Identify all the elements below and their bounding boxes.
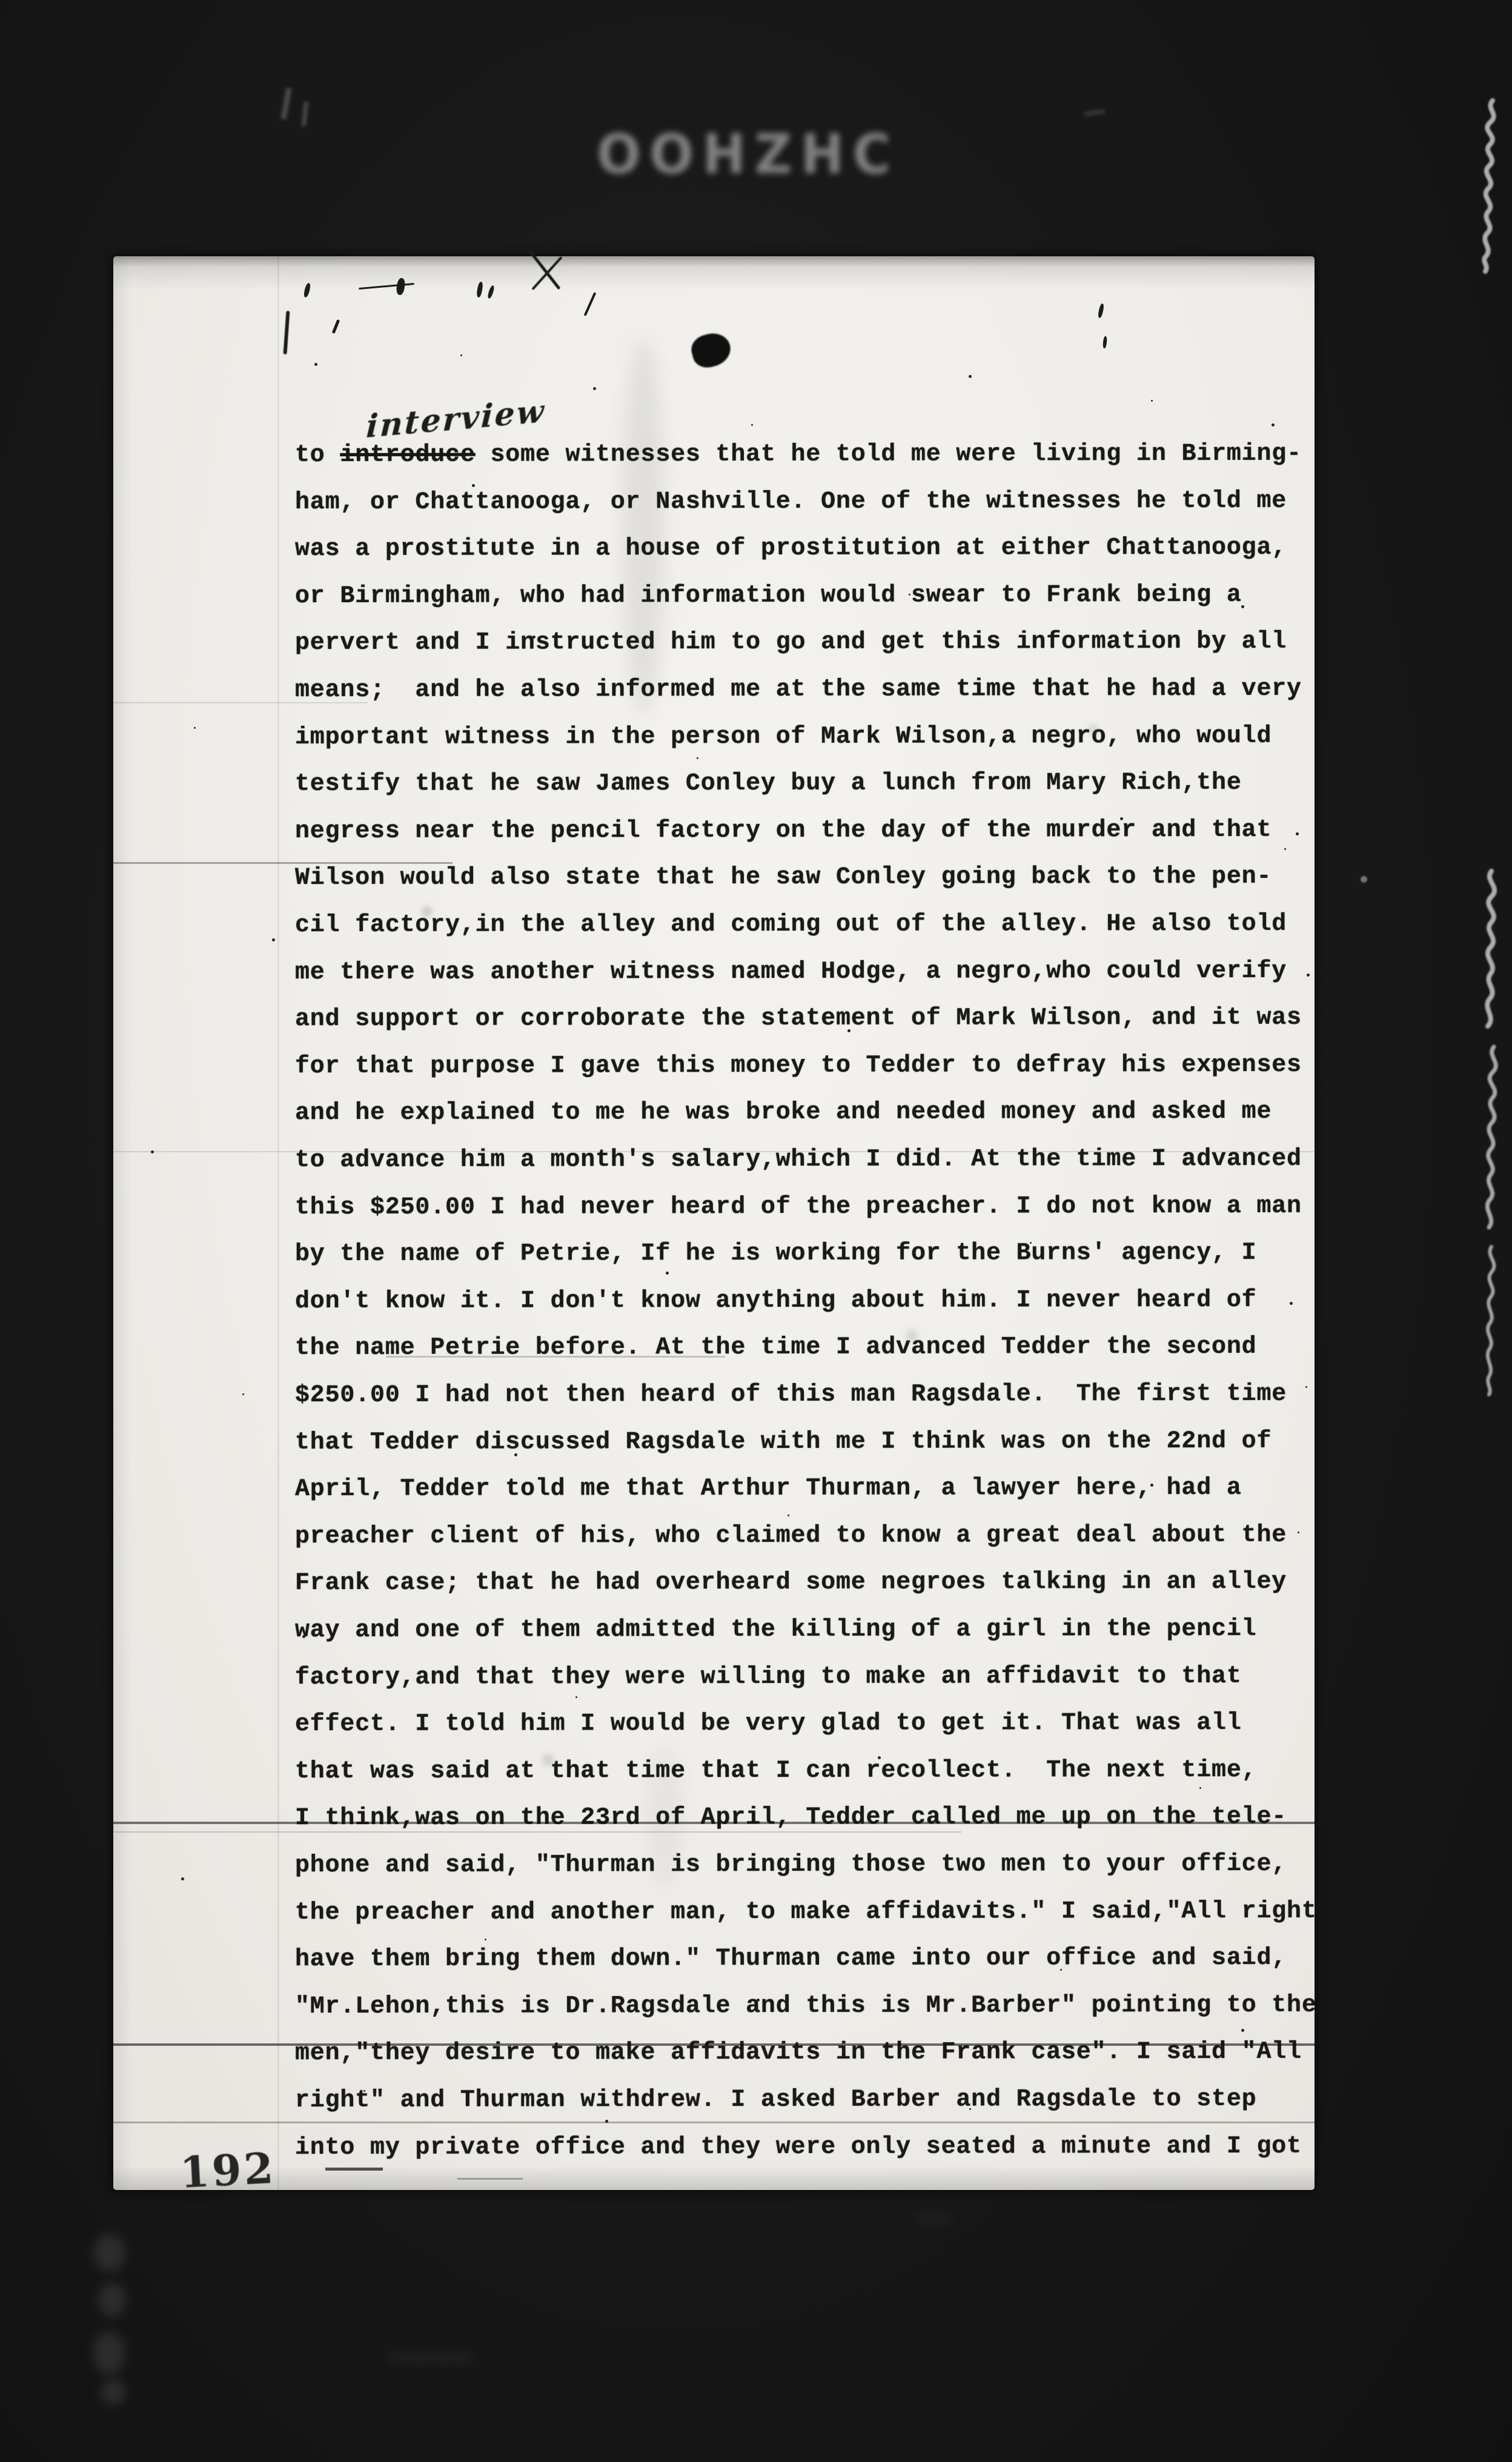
text-line: pervert and I instructed him to go and g… bbox=[295, 630, 1287, 655]
text-line: April, Tedder told me that Arthur Thurma… bbox=[295, 1476, 1242, 1502]
page-number-stamp: 192 bbox=[179, 2143, 277, 2198]
scan-streak bbox=[113, 1822, 1315, 1824]
film-speck bbox=[1361, 876, 1367, 883]
ink-speck bbox=[1098, 304, 1105, 319]
scan-streak bbox=[113, 2122, 1315, 2123]
film-smudge bbox=[1084, 109, 1106, 117]
text-line: this $250.00 I had never heard of the pr… bbox=[295, 1194, 1302, 1219]
film-smudge bbox=[388, 2354, 472, 2361]
ink-speck bbox=[332, 319, 340, 334]
text-line: for that purpose I gave this money to Te… bbox=[295, 1053, 1302, 1079]
text-line: important witness in the person of Mark … bbox=[295, 724, 1272, 749]
text-line: testify that he saw James Conley buy a l… bbox=[295, 771, 1242, 797]
film-smudge bbox=[94, 2234, 125, 2272]
pen-scratch bbox=[528, 250, 560, 290]
text-line: that was said at that time that I can re… bbox=[295, 1759, 1257, 1784]
text-line: and he explained to me he was broke and … bbox=[295, 1100, 1272, 1126]
text-line: "Mr.Lehon,this is Dr.Ragsdale and this i… bbox=[295, 1994, 1317, 2019]
text-line: have them bring them down." Thurman came… bbox=[295, 1946, 1287, 1972]
film-smudge bbox=[101, 2380, 126, 2405]
ink-blotch bbox=[688, 330, 734, 371]
ink-speck bbox=[487, 285, 495, 299]
text-line: and support or corroborate the statement… bbox=[295, 1006, 1302, 1032]
text-line: cil factory,in the alley and coming out … bbox=[295, 912, 1287, 938]
ink-speck bbox=[1102, 336, 1107, 349]
text-line: me there was another witness named Hodge… bbox=[295, 959, 1287, 984]
text-line: or Birmingham, who had information would… bbox=[295, 583, 1242, 609]
text-line: was a prostitute in a house of prostitut… bbox=[295, 536, 1287, 562]
scan-streak bbox=[113, 1831, 961, 1833]
ink-speck bbox=[283, 311, 290, 354]
text-line: preacher client of his, who claimed to k… bbox=[295, 1524, 1287, 1549]
film-scratch-marks bbox=[1473, 865, 1512, 1398]
text-line: the preacher and another man, to make af… bbox=[295, 1899, 1317, 1925]
microfilm-frame: OOHZHC interview to introduce some witne… bbox=[0, 0, 1512, 2462]
film-smudge bbox=[915, 2215, 953, 2222]
text-line: phone and said, "Thurman is bringing tho… bbox=[295, 1853, 1287, 1878]
ink-dash bbox=[325, 2168, 383, 2171]
text-line: effect. I told him I would be very glad … bbox=[295, 1711, 1242, 1737]
text-line: Wilson would also state that he saw Conl… bbox=[295, 865, 1272, 891]
scan-streak bbox=[113, 2043, 1315, 2046]
fold-crease bbox=[277, 256, 279, 2190]
ink-dash bbox=[457, 2178, 523, 2180]
scan-streak bbox=[386, 1356, 725, 1358]
struck-word: introduce bbox=[340, 442, 475, 469]
film-smudge bbox=[281, 88, 292, 120]
document-page: interview to introduce some witnesses th… bbox=[113, 256, 1315, 2190]
text-line: into my private office and they were onl… bbox=[295, 2134, 1302, 2160]
text-line: don't know it. I don't know anything abo… bbox=[295, 1289, 1257, 1314]
scan-streak bbox=[113, 862, 453, 864]
scan-smudge bbox=[622, 339, 665, 715]
text-line: that Tedder discussed Ragsdale with me I… bbox=[295, 1429, 1272, 1455]
text-line: way and one of them admitted the killing… bbox=[295, 1618, 1257, 1643]
handwritten-correction: interview bbox=[365, 393, 546, 445]
illegible-header-stamp: OOHZHC bbox=[597, 123, 912, 187]
ink-speck bbox=[303, 282, 311, 297]
text-line: by the name of Petrie, If he is working … bbox=[295, 1241, 1257, 1267]
text-line: Frank case; that he had overheard some n… bbox=[295, 1570, 1287, 1596]
text-line: right" and Thurman withdrew. I asked Bar… bbox=[295, 2088, 1257, 2113]
first-line-suffix: some witnesses that he told me were livi… bbox=[476, 440, 1302, 469]
film-scratch-marks bbox=[1471, 96, 1510, 277]
text-line: $250.00 I had not then heard of this man… bbox=[295, 1382, 1287, 1408]
text-line: I think,was on the 23rd of April, Tedder… bbox=[295, 1805, 1287, 1831]
film-smudge bbox=[93, 2331, 125, 2375]
text-line: means; and he also informed me at the sa… bbox=[295, 677, 1302, 703]
pen-scratch bbox=[359, 283, 414, 290]
pen-scratch bbox=[396, 277, 406, 296]
text-line: factory,and that they were willing to ma… bbox=[295, 1665, 1242, 1690]
text-line-first: to introduce some witnesses that he told… bbox=[295, 442, 1302, 468]
film-smudge bbox=[98, 2283, 126, 2317]
scan-streak bbox=[113, 702, 368, 703]
pen-scratch bbox=[584, 292, 597, 316]
first-line-prefix: to bbox=[295, 442, 340, 469]
dust-specks bbox=[113, 256, 119, 262]
text-line: negress near the pencil factory on the d… bbox=[295, 818, 1272, 844]
text-line: ham, or Chattanooga, or Nashville. One o… bbox=[295, 489, 1287, 514]
film-smudge bbox=[302, 102, 308, 127]
ink-speck bbox=[476, 282, 483, 298]
scan-streak bbox=[113, 1151, 1315, 1152]
